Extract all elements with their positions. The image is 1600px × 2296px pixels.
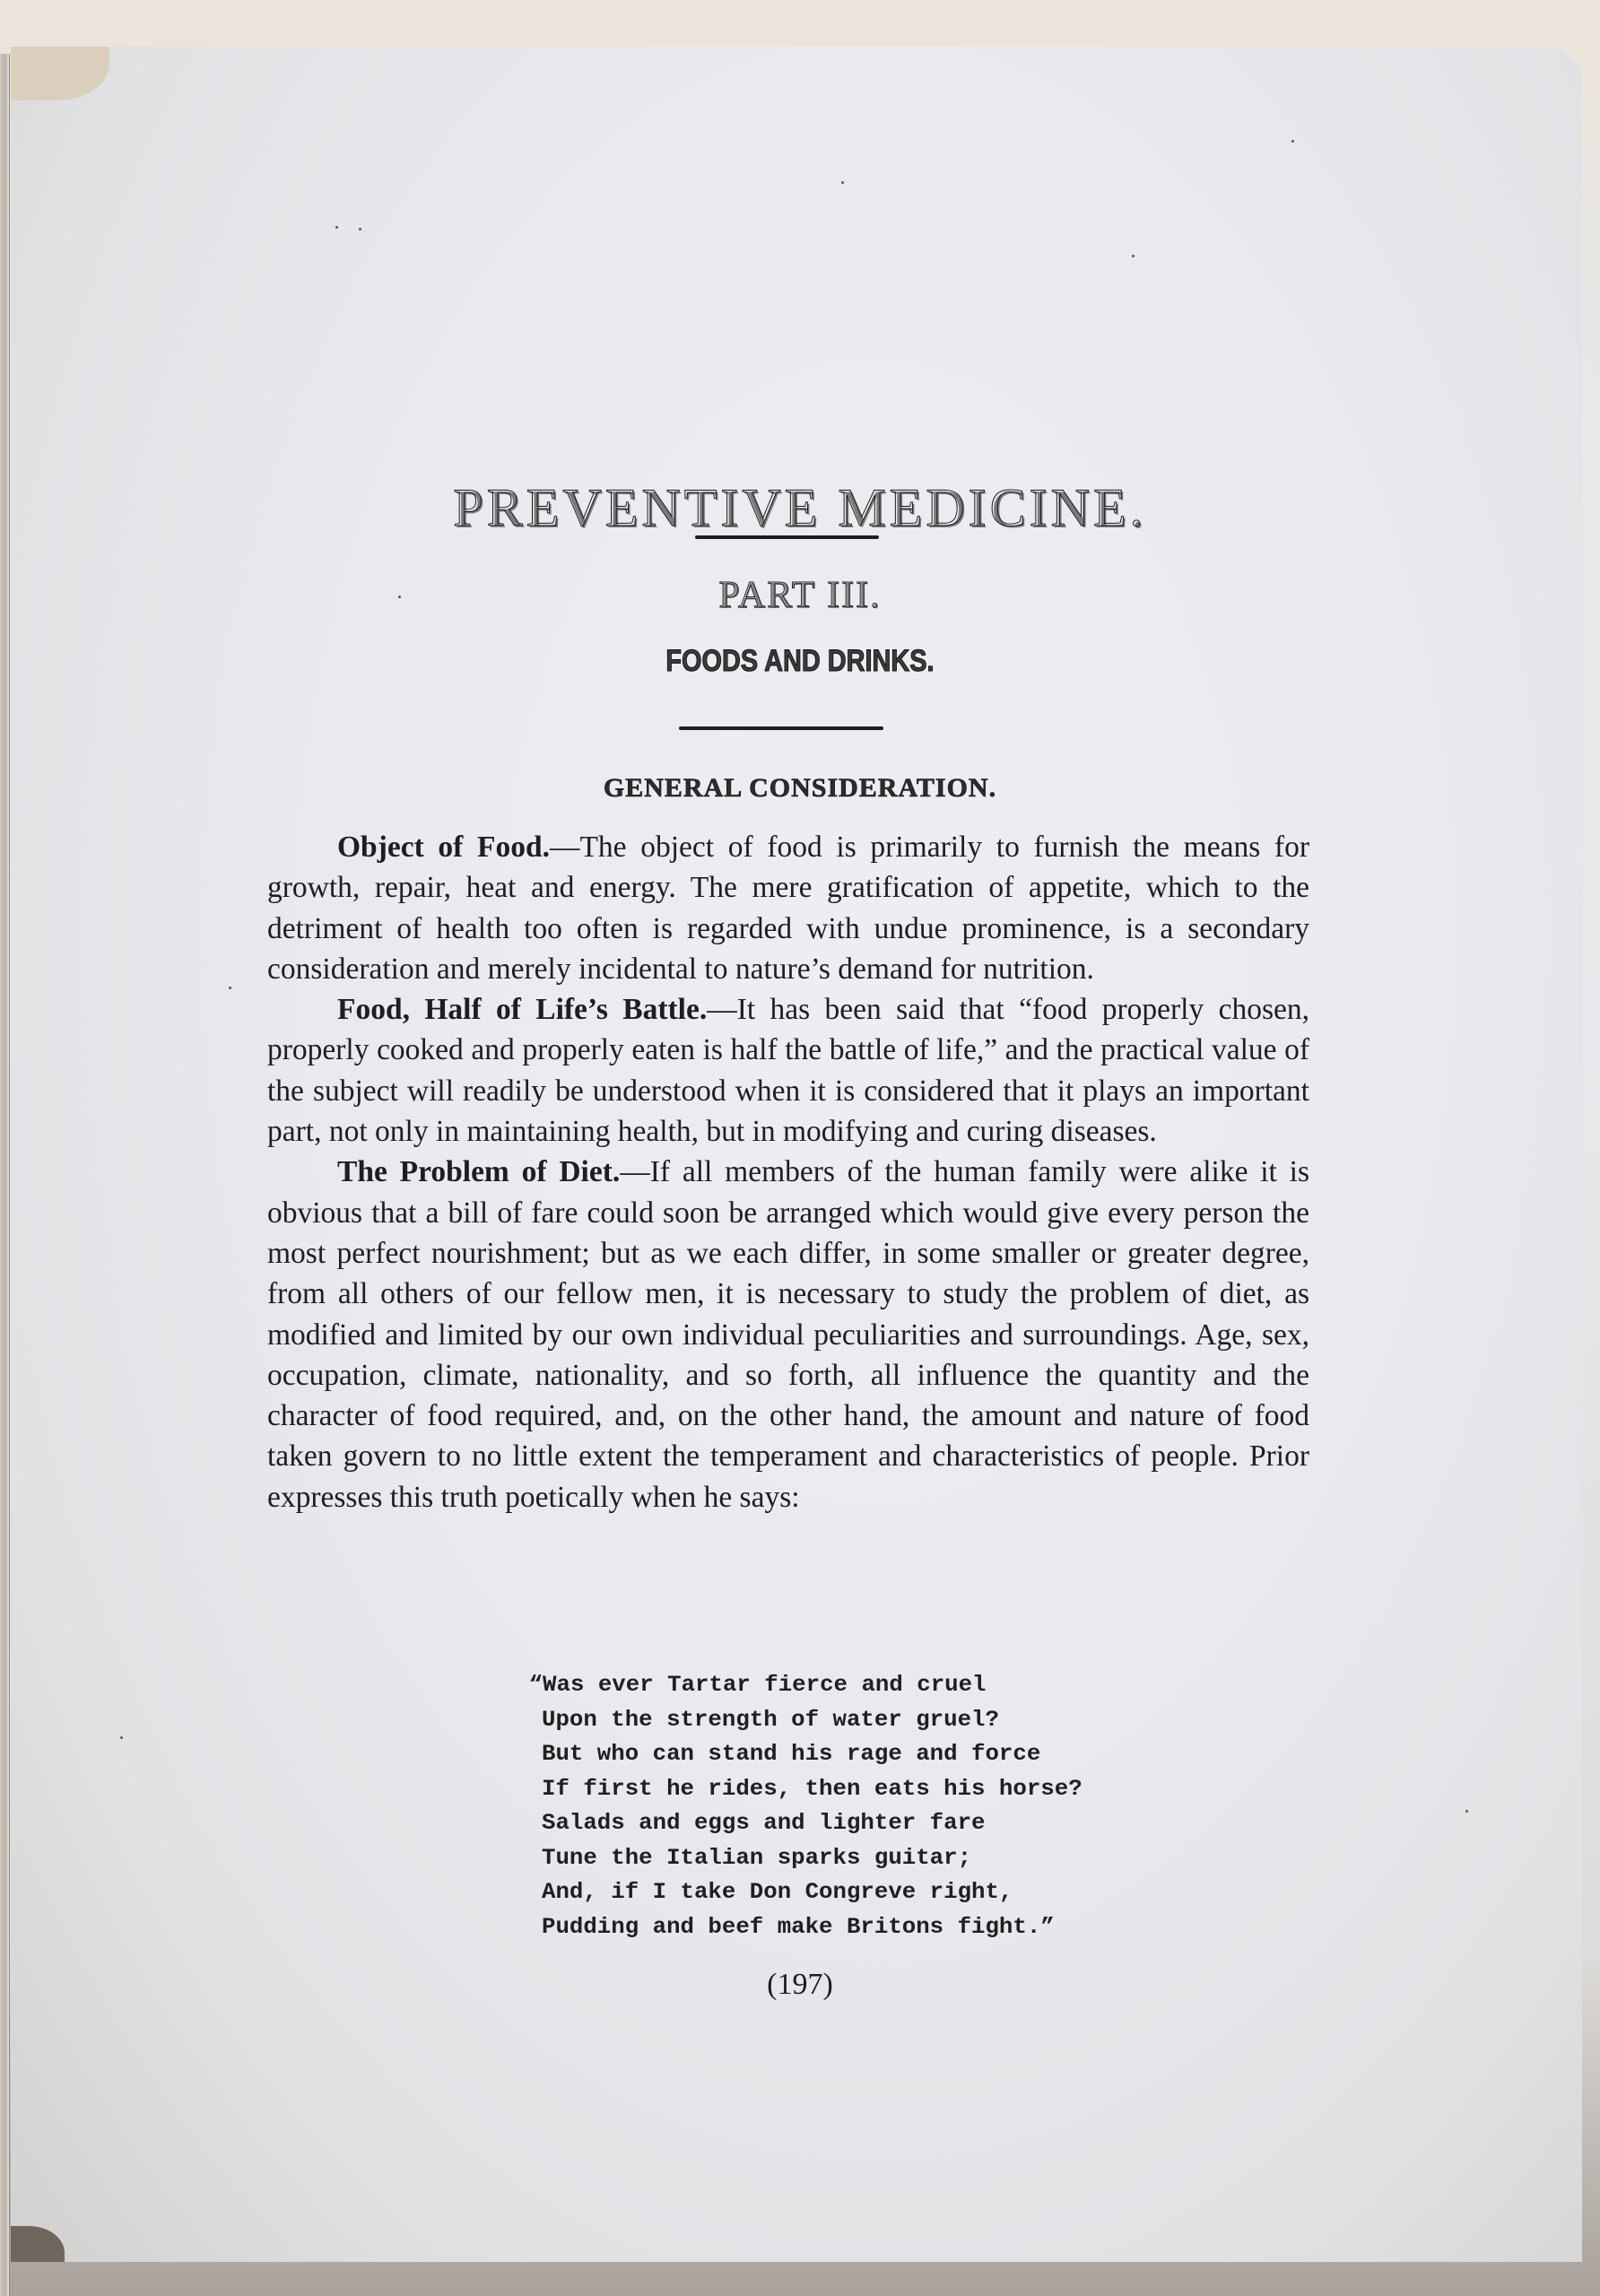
title-rule-bottom	[679, 726, 883, 730]
paper-speck	[120, 1736, 123, 1739]
poem-line: Upon the strength of water gruel?	[542, 1703, 1083, 1738]
poem-line: Tune the Italian sparks guitar;	[542, 1841, 1083, 1876]
paragraph-object-of-food: Object of Food.—The object of food is pr…	[267, 827, 1309, 989]
paragraph-problem-of-diet: The Problem of Diet.—If all members of t…	[267, 1152, 1309, 1518]
paragraph-heading: Food, Half of Life’s Battle.	[337, 993, 707, 1026]
page-number: (197)	[0, 1968, 1600, 2002]
paper-speck	[841, 181, 844, 184]
paragraph-heading: The Problem of Diet.	[337, 1155, 620, 1188]
poem-line: If first he rides, then eats his horse?	[542, 1772, 1083, 1807]
main-title: PREVENTIVE MEDICINE.	[0, 477, 1600, 539]
part-title: PART III.	[0, 574, 1600, 617]
paper-speck	[359, 228, 361, 230]
poem-line: And, if I take Don Congreve right,	[542, 1875, 1083, 1910]
subject-title: FOODS AND DRINKS.	[120, 644, 1480, 679]
paper-speck	[1465, 1810, 1468, 1813]
paragraph-text: —If all members of the human family were…	[267, 1155, 1309, 1513]
paragraph-half-of-lifes-battle: Food, Half of Life’s Battle.—It has been…	[267, 989, 1309, 1152]
poem-quote: “Was ever Tartar fierce and cruel Upon t…	[542, 1668, 1083, 1944]
paragraph-heading: Object of Food.	[337, 831, 550, 864]
torn-corner-top	[11, 47, 109, 100]
paper-speck	[335, 226, 338, 229]
paper-speck	[229, 987, 231, 989]
poem-line: “Was ever Tartar fierce and cruel	[529, 1668, 1083, 1703]
body-text: Object of Food.—The object of food is pr…	[267, 827, 1309, 1518]
paper-speck	[1132, 255, 1135, 257]
poem-line: Salads and eggs and lighter fare	[542, 1806, 1083, 1841]
poem-line: Pudding and beef make Britons fight.”	[542, 1910, 1083, 1945]
book-spine-edge	[0, 54, 10, 2296]
title-rule-top	[695, 535, 879, 539]
paper-speck	[1291, 140, 1294, 143]
section-heading: GENERAL CONSIDERATION.	[0, 773, 1600, 804]
torn-corner-bottom	[11, 2226, 65, 2262]
poem-line: But who can stand his rage and force	[542, 1737, 1083, 1772]
